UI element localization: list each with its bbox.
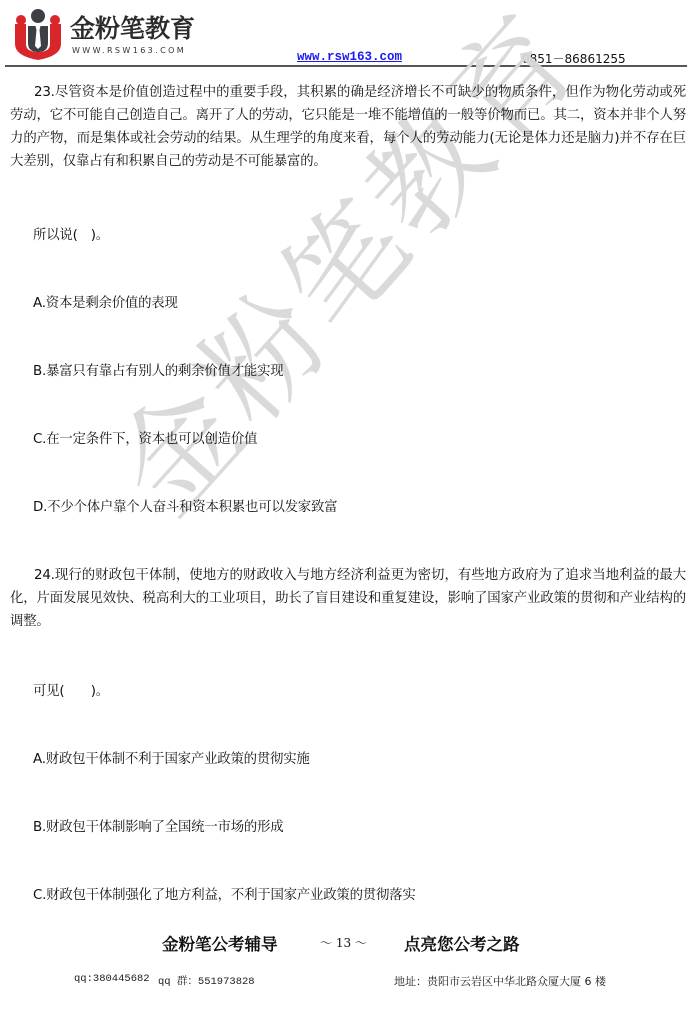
brand-logo: 金粉笔教育 WWW.RSW163.COM (8, 4, 198, 60)
question-24-option-b: B.财政包干体制影响了全国统一市场的形成 (33, 816, 283, 839)
question-24-option-c: C.财政包干体制强化了地方利益，不利于国家产业政策的贯彻落实 (33, 884, 416, 907)
footer-right-slogan: 点亮您公考之路 (404, 931, 520, 955)
footer-address: 地址：贵阳市云岩区中华北路众厦大厦 6 楼 (394, 973, 606, 989)
page-number: ～ 13 ～ (320, 934, 367, 951)
question-23-prompt: 所以说( )。 (33, 224, 109, 247)
header-divider (5, 65, 687, 67)
question-23-option-c: C.在一定条件下，资本也可以创造价值 (33, 428, 257, 451)
question-23-option-b: B.暴富只有靠占有别人的剩余价值才能实现 (33, 360, 283, 383)
footer-qq: qq:380445682 (74, 973, 150, 985)
question-23-option-a: A.资本是剩余价值的表现 (33, 292, 178, 315)
logo-name: 金粉笔教育 (70, 15, 195, 43)
logo-emblem-icon (12, 8, 64, 60)
question-24-option-a: A.财政包干体制不利于国家产业政策的贯彻实施 (33, 748, 310, 771)
footer-qq-group: qq 群：551973828 (158, 973, 255, 988)
footer-left-slogan: 金粉笔公考辅导 (162, 931, 278, 955)
website-link[interactable]: www.rsw163.com (297, 50, 402, 64)
page-header: 金粉笔教育 WWW.RSW163.COM www.rsw163.com 0851… (0, 0, 691, 66)
logo-url-text: WWW.RSW163.COM (72, 46, 186, 55)
question-23-option-d: D.不少个体户靠个人奋斗和资本积累也可以发家致富 (33, 496, 337, 519)
question-23-stem: 23.尽管资本是价值创造过程中的重要手段，其积累的确是经济增长不可缺少的物质条件… (10, 81, 686, 173)
question-24-prompt: 可见( )。 (33, 680, 109, 703)
question-24-stem: 24.现行的财政包干体制，使地方的财政收入与地方经济利益更为密切，有些地方政府为… (10, 564, 686, 633)
